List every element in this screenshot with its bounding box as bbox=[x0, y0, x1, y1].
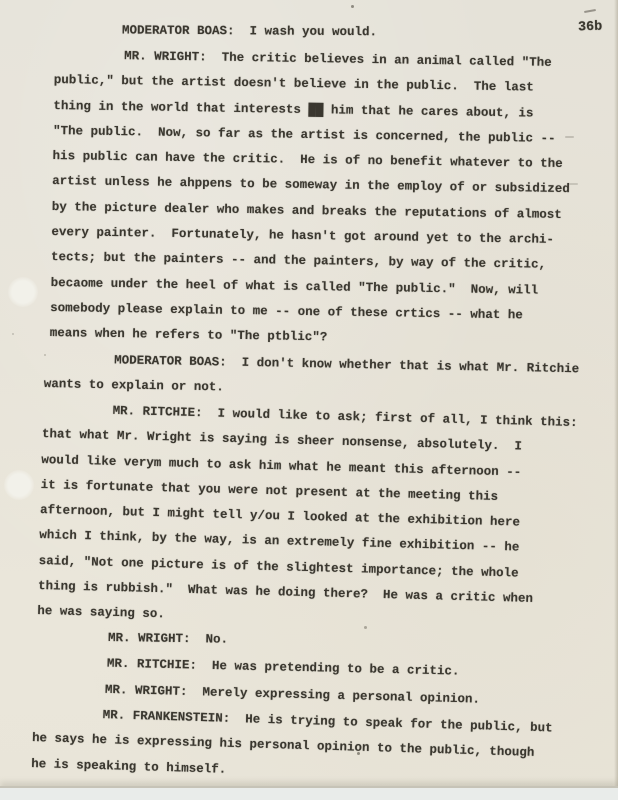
pencil-mark bbox=[584, 9, 596, 13]
ink-speck bbox=[351, 5, 354, 8]
scanner-bed-edge bbox=[0, 786, 618, 800]
punch-hole bbox=[8, 277, 38, 307]
transcript-body: MODERATOR BOAS: I wash you would.MR. WRI… bbox=[52, 18, 608, 777]
transcript-paragraph: MODERATOR BOAS: I wash you would. bbox=[52, 18, 608, 47]
transcript-paragraph: MR. FRANKENSTEIN: He is trying to speak … bbox=[31, 701, 609, 794]
punch-hole bbox=[4, 470, 34, 500]
page-edge-shadow bbox=[614, 0, 618, 800]
scanned-document-page: 36b MODERATOR BOAS: I wash you would.MR.… bbox=[0, 0, 618, 800]
transcript-paragraph: MR. RITCHIE: I would like to ask; first … bbox=[37, 397, 611, 639]
ink-speck bbox=[12, 333, 14, 335]
typewritten-line: MODERATOR BOAS: I wash you would. bbox=[52, 18, 608, 47]
transcript-paragraph: MR. WRIGHT: The critic believes in an an… bbox=[50, 43, 611, 355]
